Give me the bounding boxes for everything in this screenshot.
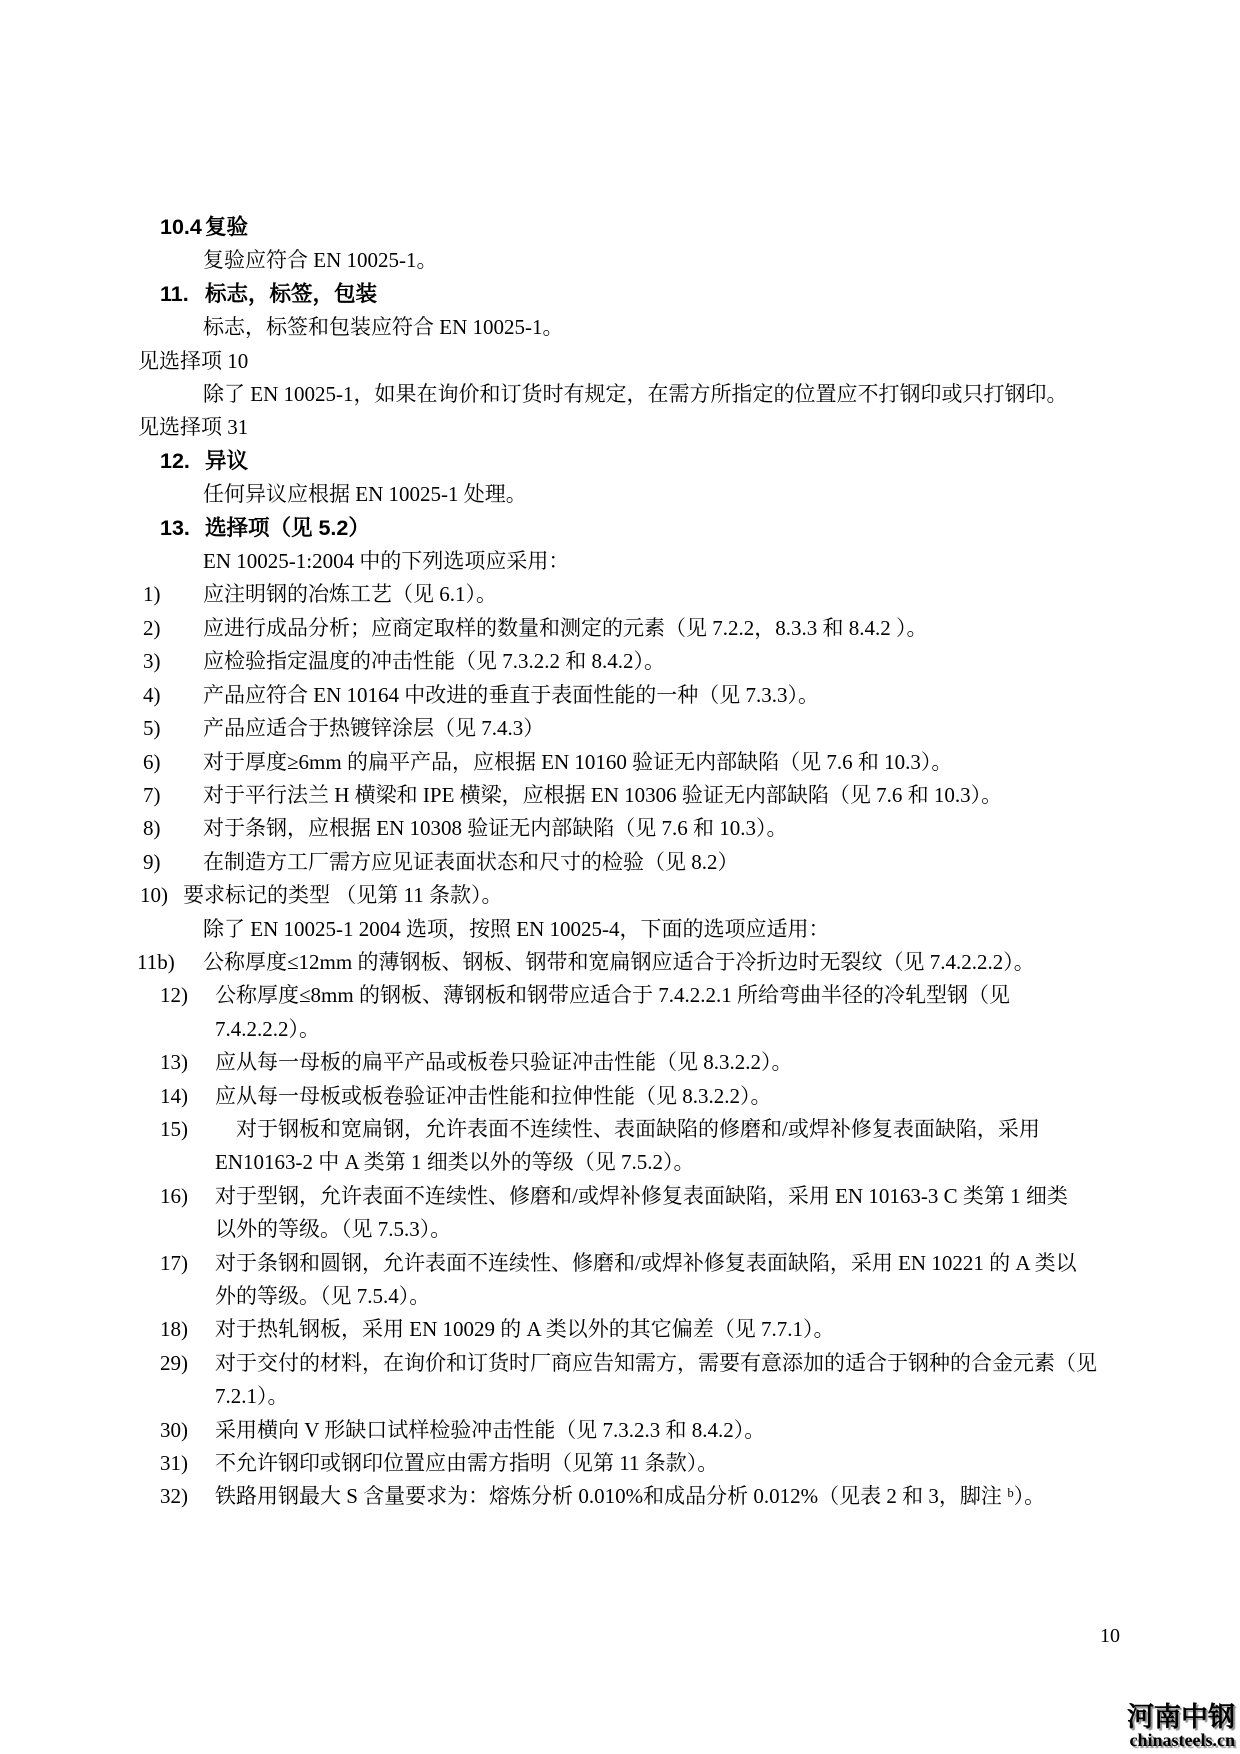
line-text: 对于热轧钢板，采用 EN 10029 的 A 类以外的其它偏差（见 7.7.1）… <box>215 1313 835 1346</box>
list-item: 1)应注明钢的冶炼工艺（见 6.1）。 <box>0 578 1240 611</box>
item-number: 2) <box>143 612 203 645</box>
list-item: 30)采用横向 V 形缺口试样检验冲击性能（见 7.3.2.3 和 8.4.2）… <box>0 1414 1240 1447</box>
list-item: 3)应检验指定温度的冲击性能（见 7.3.2.2 和 8.4.2）。 <box>0 645 1240 678</box>
list-item: 7)对于平行法兰 H 横梁和 IPE 横梁，应根据 EN 10306 验证无内部… <box>0 779 1240 812</box>
item-number: 5) <box>143 712 203 745</box>
list-item: 11b)公称厚度≤12mm 的薄钢板、钢板、钢带和宽扁钢应适合于冷折边时无裂纹（… <box>0 946 1240 979</box>
heading-line: 10.4复验 <box>0 211 1240 244</box>
heading-title: 选择项（见 5.2） <box>205 512 370 545</box>
item-number: 11b) <box>137 946 203 979</box>
line-text: 对于交付的材料，在询价和订货时厂商应告知需方，需要有意添加的适合于钢种的合金元素… <box>215 1347 1097 1414</box>
item-number: 30) <box>160 1414 215 1447</box>
section-number: 11. <box>160 278 205 311</box>
line-text: 铁路用钢最大 S 含量要求为：熔炼分析 0.010%和成品分析 0.012%（见… <box>215 1480 1045 1513</box>
line-text: 见选择项 31 <box>138 411 248 444</box>
list-item: 31)不允许钢印或钢印位置应由需方指明（见第 11 条款）。 <box>0 1447 1240 1480</box>
list-item: 5)产品应适合于热镀锌涂层（见 7.4.3） <box>0 712 1240 745</box>
item-number: 1) <box>143 578 203 611</box>
section-number: 10.4 <box>160 211 205 244</box>
line-text: 应注明钢的冶炼工艺（见 6.1）。 <box>203 578 497 611</box>
section-number: 12. <box>160 445 205 478</box>
list-item: 8)对于条钢，应根据 EN 10308 验证无内部缺陷（见 7.6 和 10.3… <box>0 812 1240 845</box>
item-number: 17) <box>160 1247 215 1280</box>
list-item: 17)对于条钢和圆钢，允许表面不连续性、修磨和/或焊补修复表面缺陷，采用 EN … <box>0 1247 1240 1314</box>
watermark: 河南中钢 chinasteels.cn <box>1127 1703 1235 1750</box>
list-item: 4)产品应符合 EN 10164 中改进的垂直于表面性能的一种（见 7.3.3）… <box>0 679 1240 712</box>
line-text: 在制造方工厂需方应见证表面状态和尺寸的检验（见 8.2） <box>203 846 739 879</box>
list-item: 29)对于交付的材料，在询价和订货时厂商应告知需方，需要有意添加的适合于钢种的合… <box>0 1347 1240 1414</box>
list-item: 18)对于热轧钢板，采用 EN 10029 的 A 类以外的其它偏差（见 7.7… <box>0 1313 1240 1346</box>
item-number: 14) <box>160 1080 215 1113</box>
watermark-site-name: chinasteels.cn <box>1127 1731 1235 1750</box>
line-text: 除了 EN 10025-1，如果在询价和订货时有规定，在需方所指定的位置应不打钢… <box>203 378 1067 411</box>
paragraph-line: 除了 EN 10025-1，如果在询价和订货时有规定，在需方所指定的位置应不打钢… <box>0 378 1240 411</box>
paragraph-line: 复验应符合 EN 10025-1。 <box>0 244 1240 277</box>
heading-title: 异议 <box>205 445 248 478</box>
line-text: EN 10025-1:2004 中的下列选项应采用： <box>203 545 569 578</box>
line-text: 对于平行法兰 H 横梁和 IPE 横梁，应根据 EN 10306 验证无内部缺陷… <box>203 779 1002 812</box>
line-text: 对于厚度≥6mm 的扁平产品，应根据 EN 10160 验证无内部缺陷（见 7.… <box>203 746 952 779</box>
paragraph-line: 标志，标签和包装应符合 EN 10025-1。 <box>0 311 1240 344</box>
paragraph-line: EN 10025-1:2004 中的下列选项应采用： <box>0 545 1240 578</box>
heading-title: 标志，标签，包装 <box>205 278 377 311</box>
line-text: 见选择项 10 <box>138 345 248 378</box>
item-number: 6) <box>143 746 203 779</box>
paragraph-line: 任何异议应根据 EN 10025-1 处理。 <box>0 478 1240 511</box>
line-text: 对于条钢和圆钢，允许表面不连续性、修磨和/或焊补修复表面缺陷，采用 EN 102… <box>215 1247 1077 1314</box>
paragraph-line: 除了 EN 10025-1 2004 选项，按照 EN 10025-4，下面的选… <box>0 913 1240 946</box>
item-number: 9) <box>143 846 203 879</box>
item-number: 15) <box>160 1113 215 1146</box>
section-number: 13. <box>160 512 205 545</box>
list-item: 14)应从每一母板或板卷验证冲击性能和拉伸性能（见 8.3.2.2）。 <box>0 1080 1240 1113</box>
page-number: 10 <box>1100 1625 1120 1648</box>
watermark-chinese-logo: 河南中钢 <box>1127 1703 1235 1731</box>
line-text: 公称厚度≤12mm 的薄钢板、钢板、钢带和宽扁钢应适合于冷折边时无裂纹（见 7.… <box>203 946 1035 979</box>
line-text: 不允许钢印或钢印位置应由需方指明（见第 11 条款）。 <box>215 1447 718 1480</box>
line-text: 应从每一母板的扁平产品或板卷只验证冲击性能（见 8.3.2.2）。 <box>215 1046 793 1079</box>
list-item: 12)公称厚度≤8mm 的钢板、薄钢板和钢带应适合于 7.4.2.2.1 所给弯… <box>0 979 1240 1046</box>
item-number: 7) <box>143 779 203 812</box>
item-number: 4) <box>143 679 203 712</box>
heading-line: 11.标志，标签，包装 <box>0 278 1240 311</box>
line-text: 应进行成品分析；应商定取样的数量和测定的元素（见 7.2.2，8.3.3 和 8… <box>203 612 928 645</box>
list-item: 9)在制造方工厂需方应见证表面状态和尺寸的检验（见 8.2） <box>0 846 1240 879</box>
item-number: 3) <box>143 645 203 678</box>
list-item: 13)应从每一母板的扁平产品或板卷只验证冲击性能（见 8.3.2.2）。 <box>0 1046 1240 1079</box>
line-text: 除了 EN 10025-1 2004 选项，按照 EN 10025-4，下面的选… <box>203 913 829 946</box>
list-item: 32)铁路用钢最大 S 含量要求为：熔炼分析 0.010%和成品分析 0.012… <box>0 1480 1240 1513</box>
document-page: 10.4复验复验应符合 EN 10025-1。11.标志，标签，包装标志，标签和… <box>0 0 1240 1754</box>
line-text: 对于型钢，允许表面不连续性、修磨和/或焊补修复表面缺陷，采用 EN 10163-… <box>215 1180 1068 1247</box>
line-text: 应检验指定温度的冲击性能（见 7.3.2.2 和 8.4.2）。 <box>203 645 665 678</box>
note-line: 见选择项 31 <box>0 411 1240 444</box>
line-text: 标志，标签和包装应符合 EN 10025-1。 <box>203 311 564 344</box>
item-number: 16) <box>160 1180 215 1213</box>
note-line: 见选择项 10 <box>0 345 1240 378</box>
list-item: 15) 对于钢板和宽扁钢，允许表面不连续性、表面缺陷的修磨和/或焊补修复表面缺陷… <box>0 1113 1240 1180</box>
item-number: 18) <box>160 1313 215 1346</box>
line-text: 产品应适合于热镀锌涂层（见 7.4.3） <box>203 712 544 745</box>
document-body: 10.4复验复验应符合 EN 10025-1。11.标志，标签，包装标志，标签和… <box>0 211 1240 1514</box>
item-number: 32) <box>160 1480 215 1513</box>
line-text: 要求标记的类型 （见第 11 条款）。 <box>183 879 502 912</box>
item-number: 13) <box>160 1046 215 1079</box>
heading-line: 12.异议 <box>0 445 1240 478</box>
list-item: 16)对于型钢，允许表面不连续性、修磨和/或焊补修复表面缺陷，采用 EN 101… <box>0 1180 1240 1247</box>
line-text: 对于钢板和宽扁钢，允许表面不连续性、表面缺陷的修磨和/或焊补修复表面缺陷，采用 … <box>215 1113 1040 1180</box>
line-text: 应从每一母板或板卷验证冲击性能和拉伸性能（见 8.3.2.2）。 <box>215 1080 772 1113</box>
list-item: 6)对于厚度≥6mm 的扁平产品，应根据 EN 10160 验证无内部缺陷（见 … <box>0 746 1240 779</box>
list-item: 2)应进行成品分析；应商定取样的数量和测定的元素（见 7.2.2，8.3.3 和… <box>0 612 1240 645</box>
item-number: 8) <box>143 812 203 845</box>
list-item: 10)要求标记的类型 （见第 11 条款）。 <box>0 879 1240 912</box>
item-number: 12) <box>160 979 215 1012</box>
line-text: 任何异议应根据 EN 10025-1 处理。 <box>203 478 527 511</box>
line-text: 采用横向 V 形缺口试样检验冲击性能（见 7.3.2.3 和 8.4.2）。 <box>215 1414 765 1447</box>
line-text: 复验应符合 EN 10025-1。 <box>203 244 438 277</box>
heading-line: 13.选择项（见 5.2） <box>0 512 1240 545</box>
line-text: 对于条钢，应根据 EN 10308 验证无内部缺陷（见 7.6 和 10.3）。 <box>203 812 788 845</box>
item-number: 29) <box>160 1347 215 1380</box>
heading-title: 复验 <box>205 211 248 244</box>
line-text: 产品应符合 EN 10164 中改进的垂直于表面性能的一种（见 7.3.3）。 <box>203 679 819 712</box>
item-number: 10) <box>140 879 183 912</box>
line-text: 公称厚度≤8mm 的钢板、薄钢板和钢带应适合于 7.4.2.2.1 所给弯曲半径… <box>215 979 1010 1046</box>
item-number: 31) <box>160 1447 215 1480</box>
